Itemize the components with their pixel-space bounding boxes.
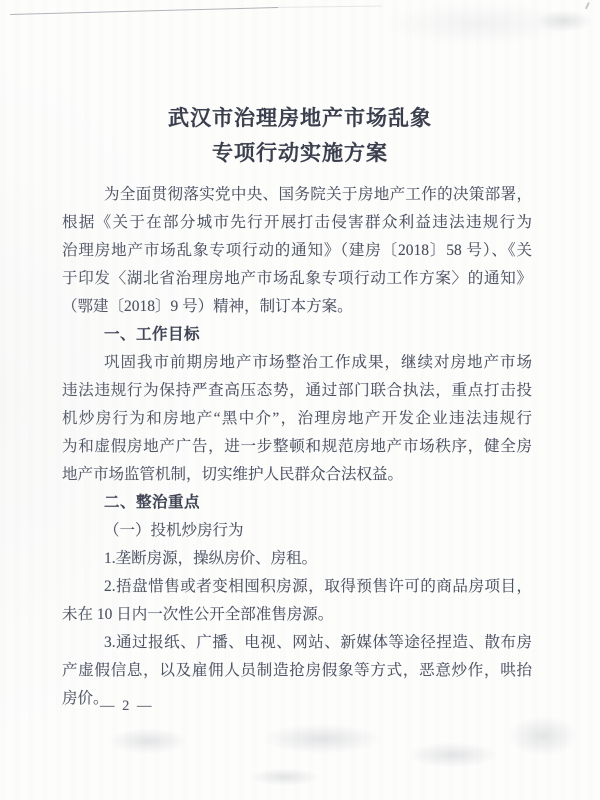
scan-smudge [408,742,498,768]
text-line: 为全面贯彻落实党中央、国务院关于房地产工作的决策部署， [62,181,532,209]
text-line: 1.垄断房源，操纵房价、房租。 [62,545,532,573]
scan-smudge [250,768,320,786]
section-heading: 一、工作目标 [62,321,532,349]
text-line: （鄂建〔2018〕9 号）精神，制订本方案。 [62,293,532,321]
text-line: 地产市场监管机制，切实维护人民群众合法权益。 [62,461,532,489]
page-number: — 2 — [100,698,154,715]
scan-smudge [535,10,593,32]
text-line: 机炒房行为和房地产“黑中介”，治理房地产开发企业违法违规行 [62,405,532,433]
document-title: 武汉市治理房地产市场乱象 专项行动实施方案 [0,101,600,171]
document-body: 为全面贯彻落实党中央、国务院关于房地产工作的决策部署，根据《关于在部分城市先行开… [62,181,532,713]
scan-crease-line [10,7,278,15]
scan-crease-line-faint [272,5,382,8]
text-line: 产虚假信息，以及雇佣人员制造抢房假象等方式，恶意炒作，哄抬 [62,657,532,685]
scan-smudge [262,724,382,754]
text-line: （一）投机炒房行为 [62,517,532,545]
text-line: 3.通过报纸、广播、电视、网站、新媒体等途径捏造、散布房地 [62,629,532,657]
text-line: 巩固我市前期房地产市场整治工作成果，继续对房地产市场 [62,349,532,377]
text-line: 于印发〈湖北省治理房地产市场乱象专项行动工作方案〉的通知》 [62,265,532,293]
scan-smudge [108,728,188,754]
text-line: 根据《关于在部分城市先行开展打击侵害群众利益违法违规行为 [62,209,532,237]
scan-smudge [508,716,578,756]
document-title-line-2: 专项行动实施方案 [0,136,600,171]
section-heading: 二、整治重点 [62,489,532,517]
text-line: 2.捂盘惜售或者变相囤积房源，取得预售许可的商品房项目， [62,573,532,601]
scan-corner-mark [585,2,598,13]
scanned-page: 武汉市治理房地产市场乱象 专项行动实施方案 为全面贯彻落实党中央、国务院关于房地… [0,0,600,800]
text-line: 未在 10 日内一次性公开全部准售房源。 [62,601,532,629]
text-line: 治理房地产市场乱象专项行动的通知》（建房〔2018〕58 号）、《关 [62,237,532,265]
text-line: 为和虚假房地产广告，进一步整顿和规范房地产市场秩序，健全房 [62,433,532,461]
document-title-line-1: 武汉市治理房地产市场乱象 [0,101,600,136]
text-line: 违法违规行为保持严查高压态势，通过部门联合执法，重点打击投 [62,377,532,405]
